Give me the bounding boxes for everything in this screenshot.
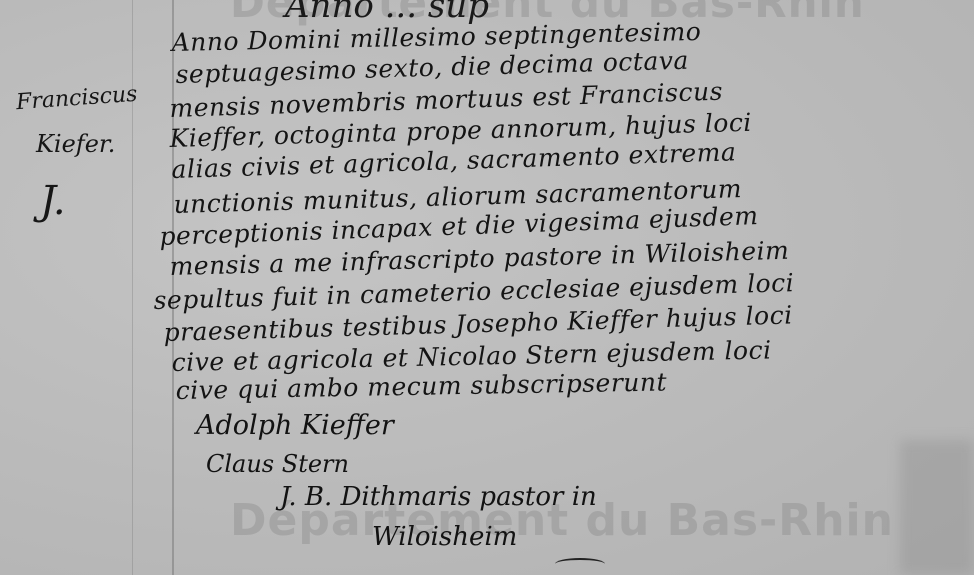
signature-place: Wiloisheim	[372, 522, 517, 552]
signature-adolph-kieffer: Adolph Kieffer	[196, 410, 394, 441]
margin-note-name: Franciscus	[15, 82, 138, 115]
scanned-document-page: Département du Bas-Rhin Département du B…	[0, 0, 974, 575]
margin-note-surname: Kiefer.	[36, 130, 115, 158]
signature-pastor: J. B. Dithmaris pastor in	[280, 482, 597, 512]
margin-note-initial: J.	[40, 178, 66, 224]
signature-claus-stern: Claus Stern	[206, 450, 349, 478]
signature-flourish	[555, 558, 605, 570]
